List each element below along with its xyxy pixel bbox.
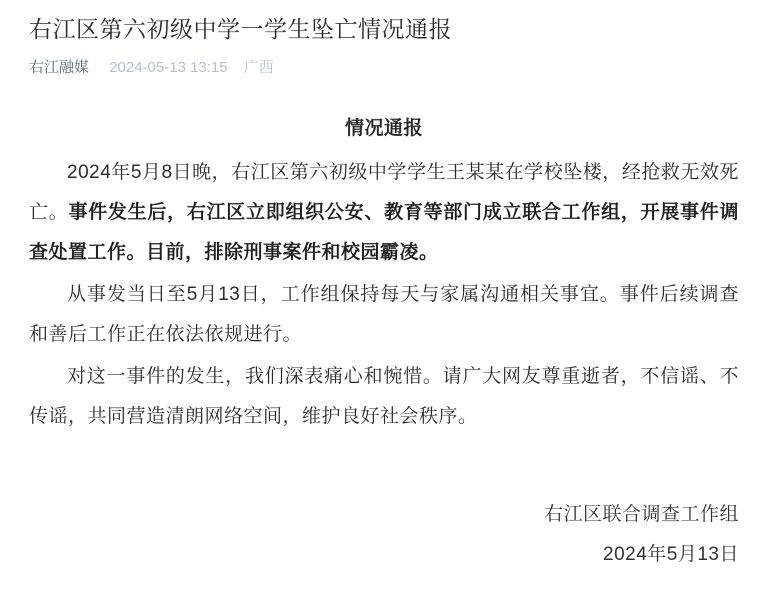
notice-heading: 情况通报: [29, 113, 739, 140]
paragraph-followup: 从事发当日至5月13日，工作组保持每天与家属沟通相关事宜。事件后续调查和善后工作…: [29, 275, 739, 355]
article-meta: 右江融媒 2024-05-13 13:15 广西: [29, 58, 739, 78]
article-page: 右江区第六初级中学一学生坠亡情况通报 右江融媒 2024-05-13 13:15…: [0, 0, 767, 595]
paragraph-incident: 2024年5月8日晚，右江区第六初级中学学生王某某在学校坠楼，经抢救无效死亡。事…: [29, 153, 739, 273]
signature-block: 右江区联合调查工作组 2024年5月13日: [29, 495, 739, 575]
signature-date: 2024年5月13日: [29, 535, 739, 575]
source-name-link[interactable]: 右江融媒: [29, 59, 89, 76]
article-title: 右江区第六初级中学一学生坠亡情况通报: [29, 13, 739, 45]
article-body: 情况通报 2024年5月8日晚，右江区第六初级中学学生王某某在学校坠楼，经抢救无…: [29, 113, 739, 575]
publish-location: 广西: [244, 59, 274, 76]
article-header: 右江区第六初级中学一学生坠亡情况通报 右江融媒 2024-05-13 13:15…: [29, 13, 739, 78]
paragraph-appeal: 对这一事件的发生，我们深表痛心和惋惜。请广大网友尊重逝者，不信谣、不传谣，共同营…: [29, 357, 739, 437]
paragraph-incident-bold-text: 事件发生后，右江区立即组织公安、教育等部门成立联合工作组，开展事件调查处置工作。…: [29, 202, 739, 263]
publish-datetime: 2024-05-13 13:15: [109, 59, 227, 76]
signature-org: 右江区联合调查工作组: [29, 495, 739, 535]
